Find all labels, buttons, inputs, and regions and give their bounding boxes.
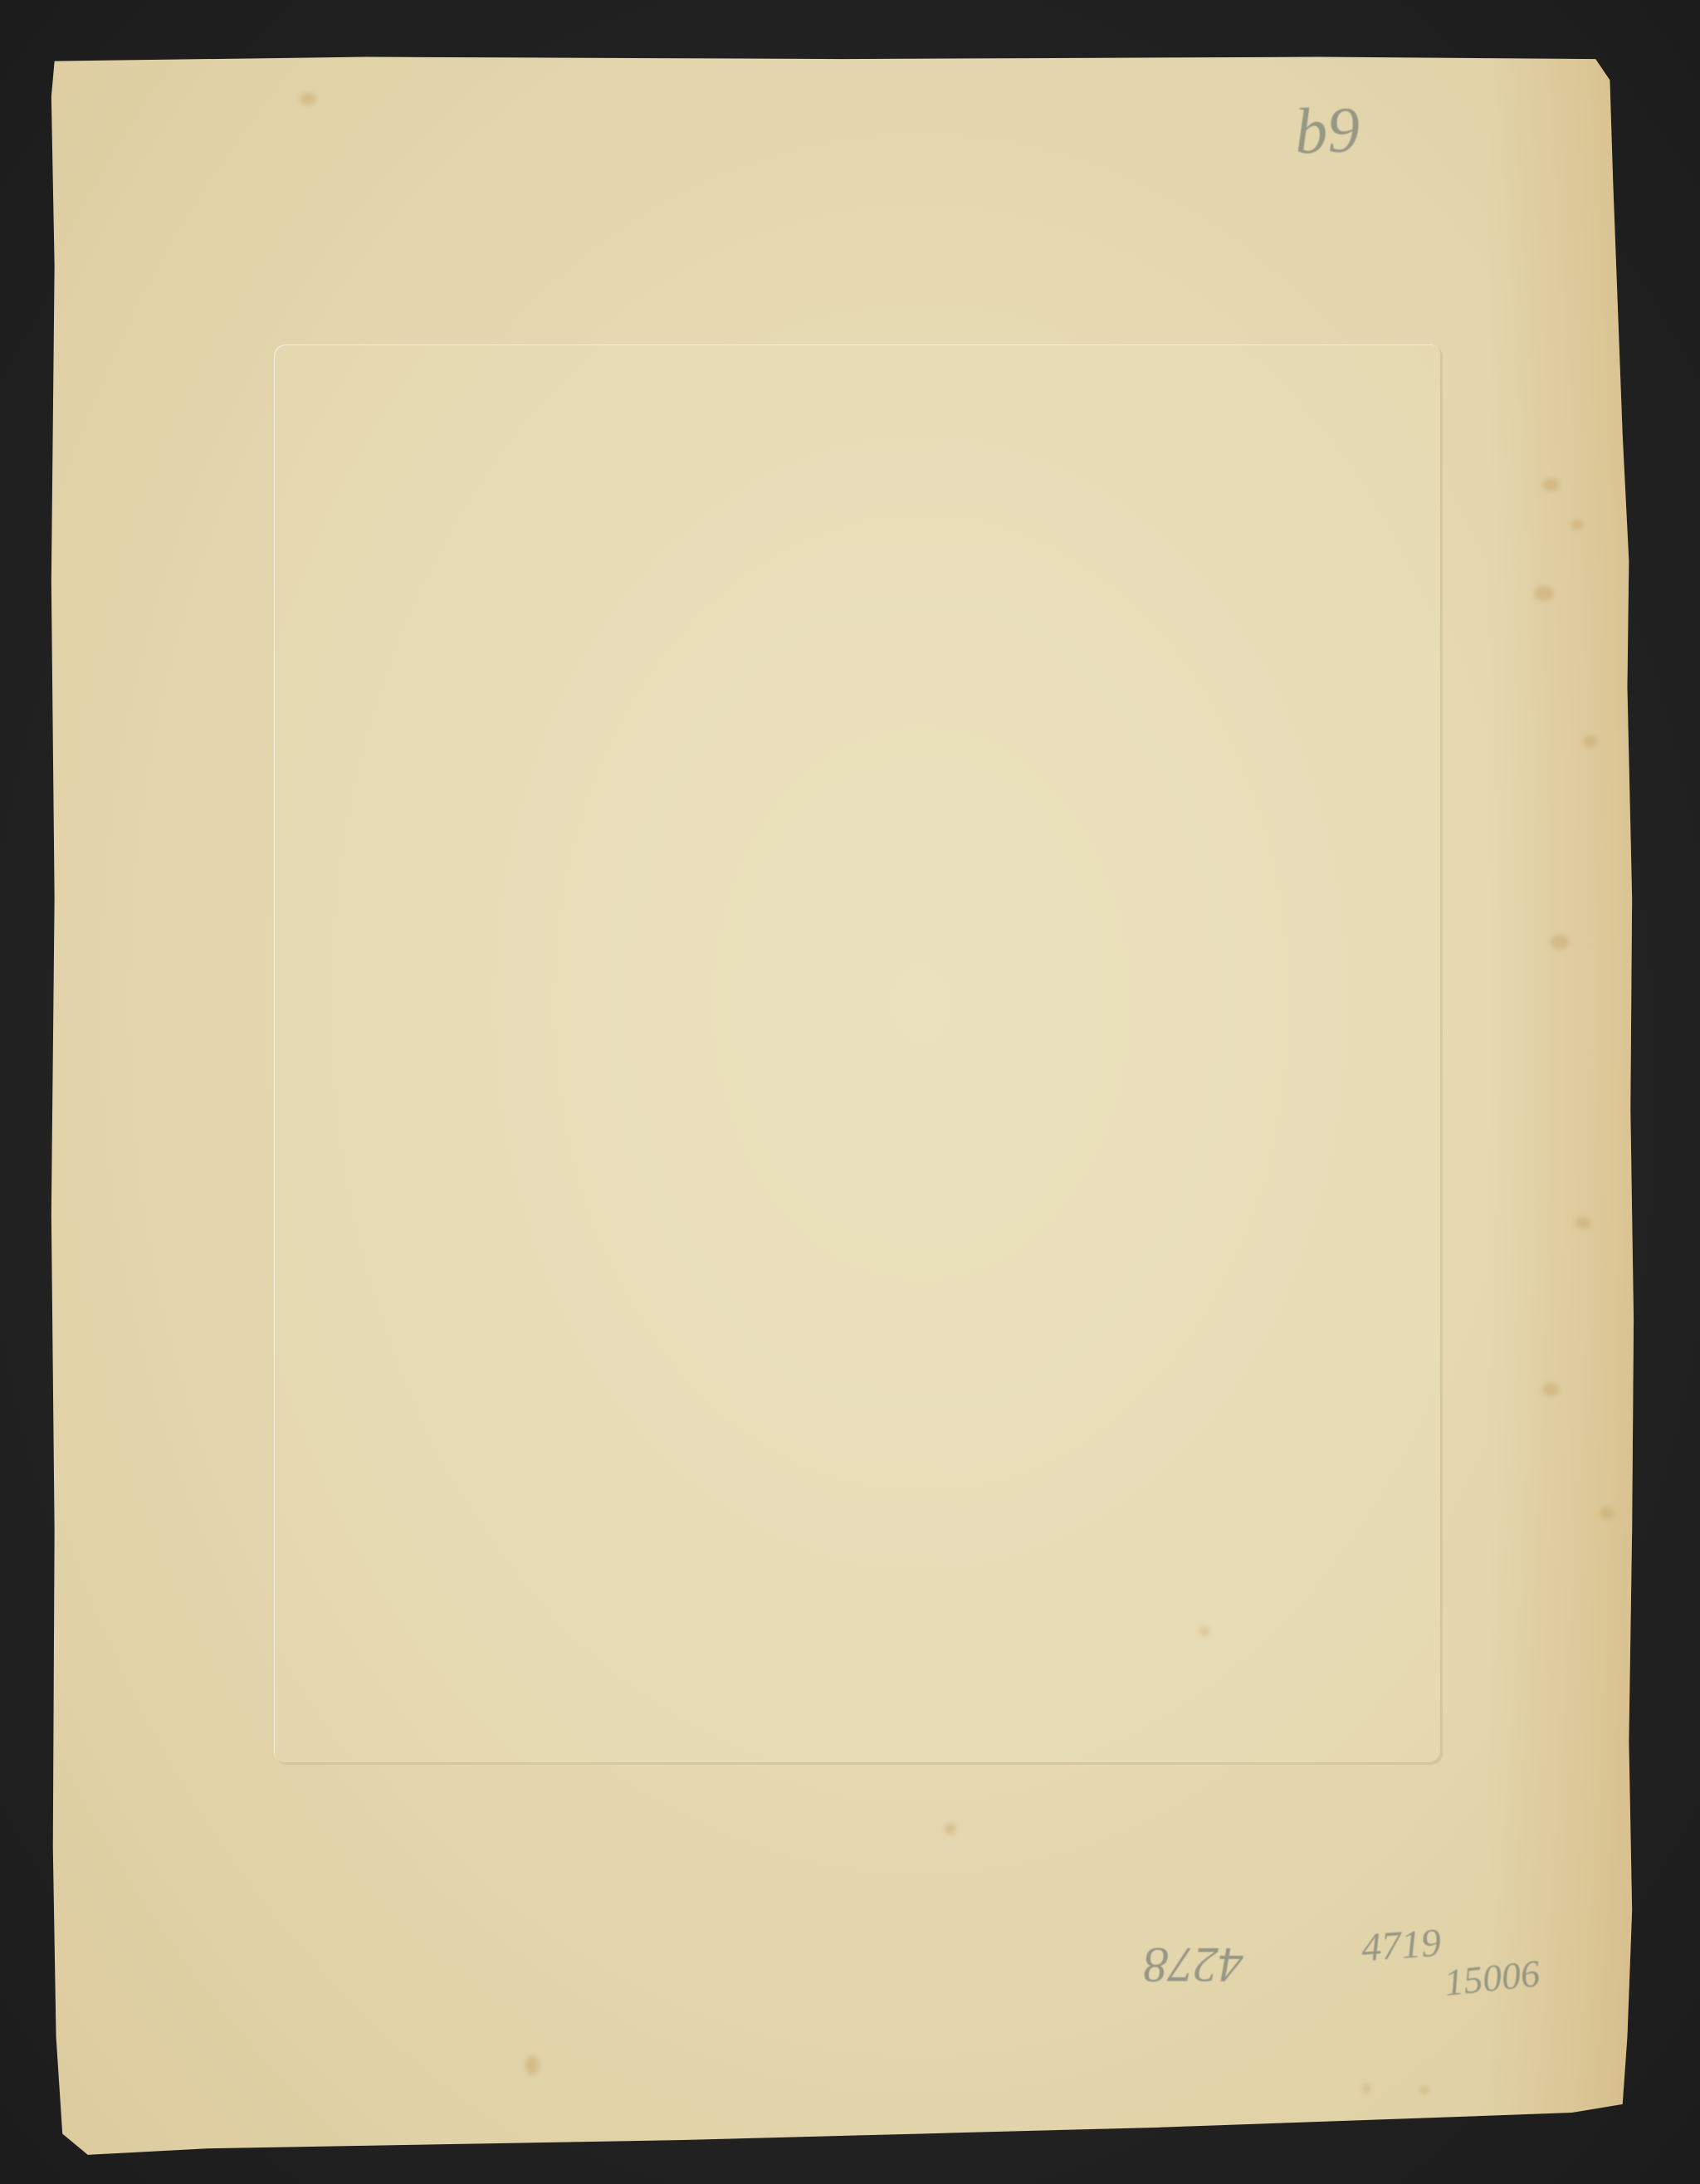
foxing-spot [1571,520,1583,530]
foxing-spot [525,2055,539,2075]
right-edge-foxing [1486,55,1635,2163]
plate-mark [274,344,1442,1764]
foxing-spot [1584,735,1597,747]
foxing-spot [1600,1507,1614,1519]
pencil-note-bottom-left: 4278 [1144,1936,1243,1993]
foxing-spot [945,1823,956,1835]
foxing-spot [1542,1383,1559,1396]
paper-sheet [48,55,1635,2163]
foxing-spot [1362,2084,1370,2093]
foxing-spot [300,93,316,105]
foxing-spot [1542,478,1559,491]
foxing-spot [1551,935,1569,950]
foxing-spot [1534,586,1554,601]
pencil-note-bottom-middle: 4719 [1360,1920,1443,1971]
foxing-spot [1420,2086,1429,2094]
pencil-note-top: b9 [1293,92,1360,169]
foxing-spot [1575,1217,1590,1229]
